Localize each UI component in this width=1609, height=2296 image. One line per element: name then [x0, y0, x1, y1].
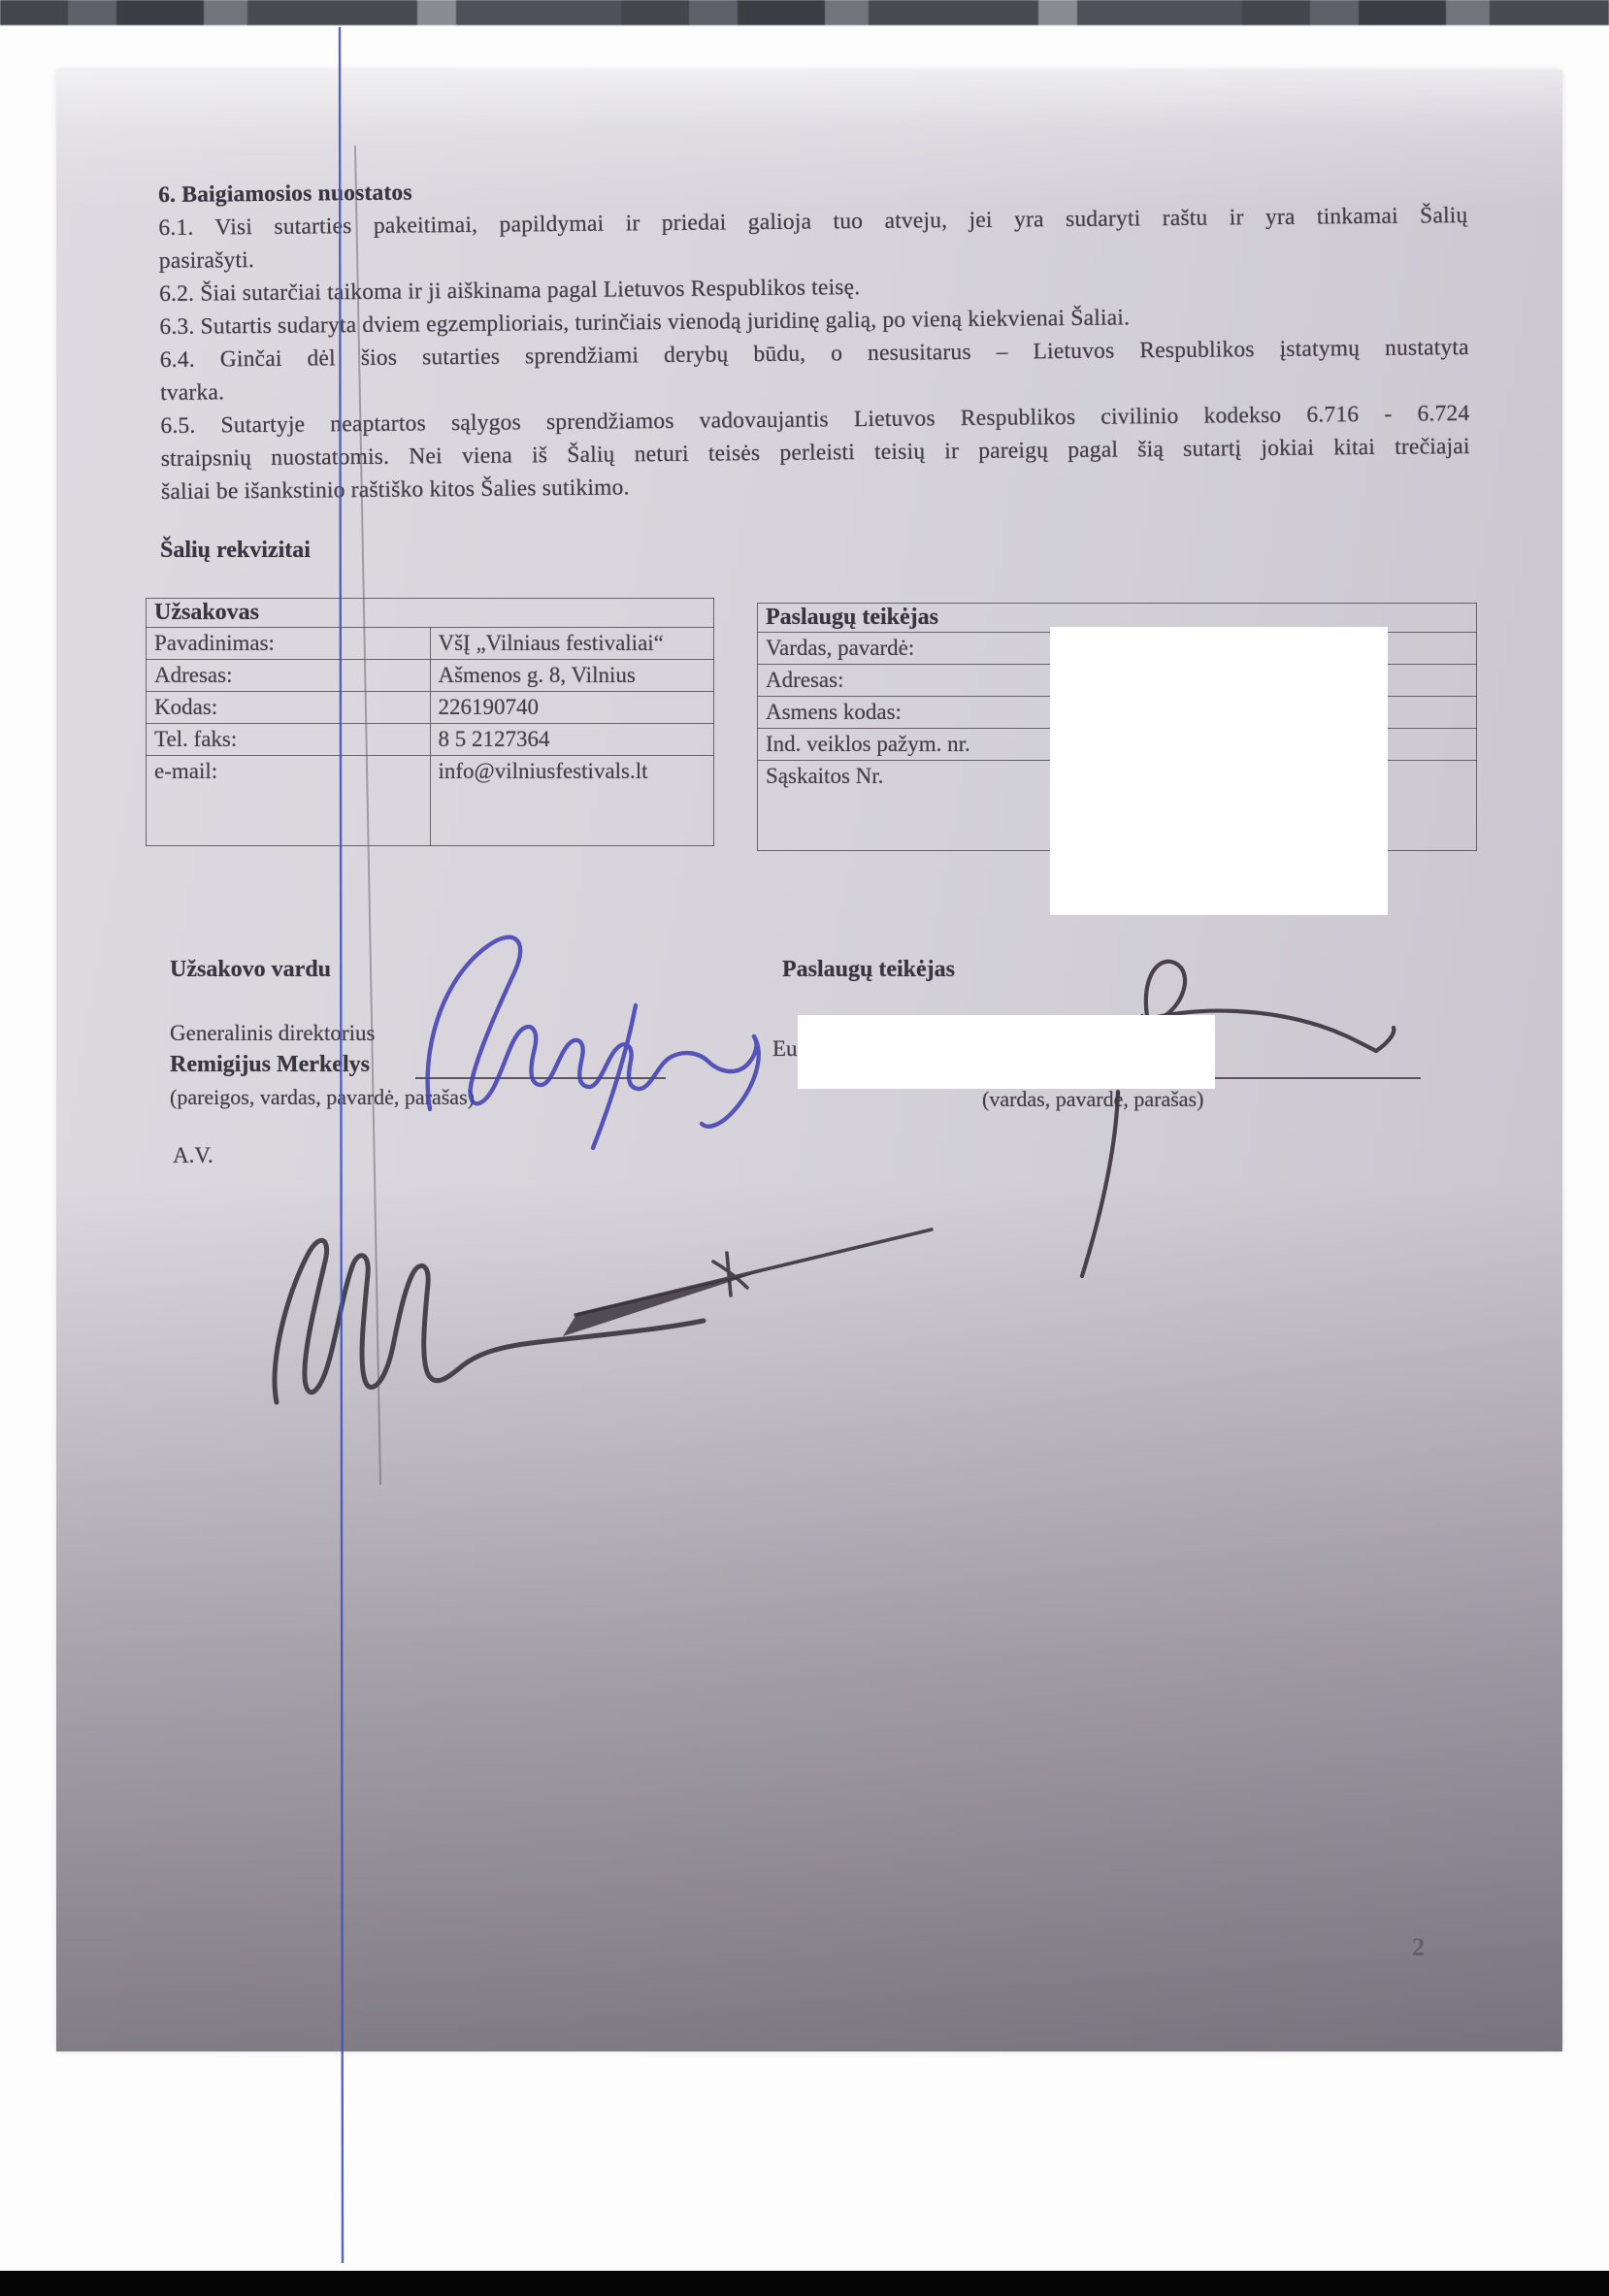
scanner-edge-bottom: [0, 2271, 1609, 2296]
redaction-box-provider-name: [798, 1015, 1215, 1089]
fold-crease-line: [355, 146, 380, 1485]
scanned-contract-page: 6. Baigiamosios nuostatos 6.1. Visi suta…: [0, 0, 1609, 2296]
redaction-box-provider-details: [1050, 627, 1388, 915]
blue-ink-line: [340, 27, 343, 2263]
page-number: 2: [1412, 1933, 1425, 1962]
page-lines-overlay: [0, 0, 1609, 2296]
